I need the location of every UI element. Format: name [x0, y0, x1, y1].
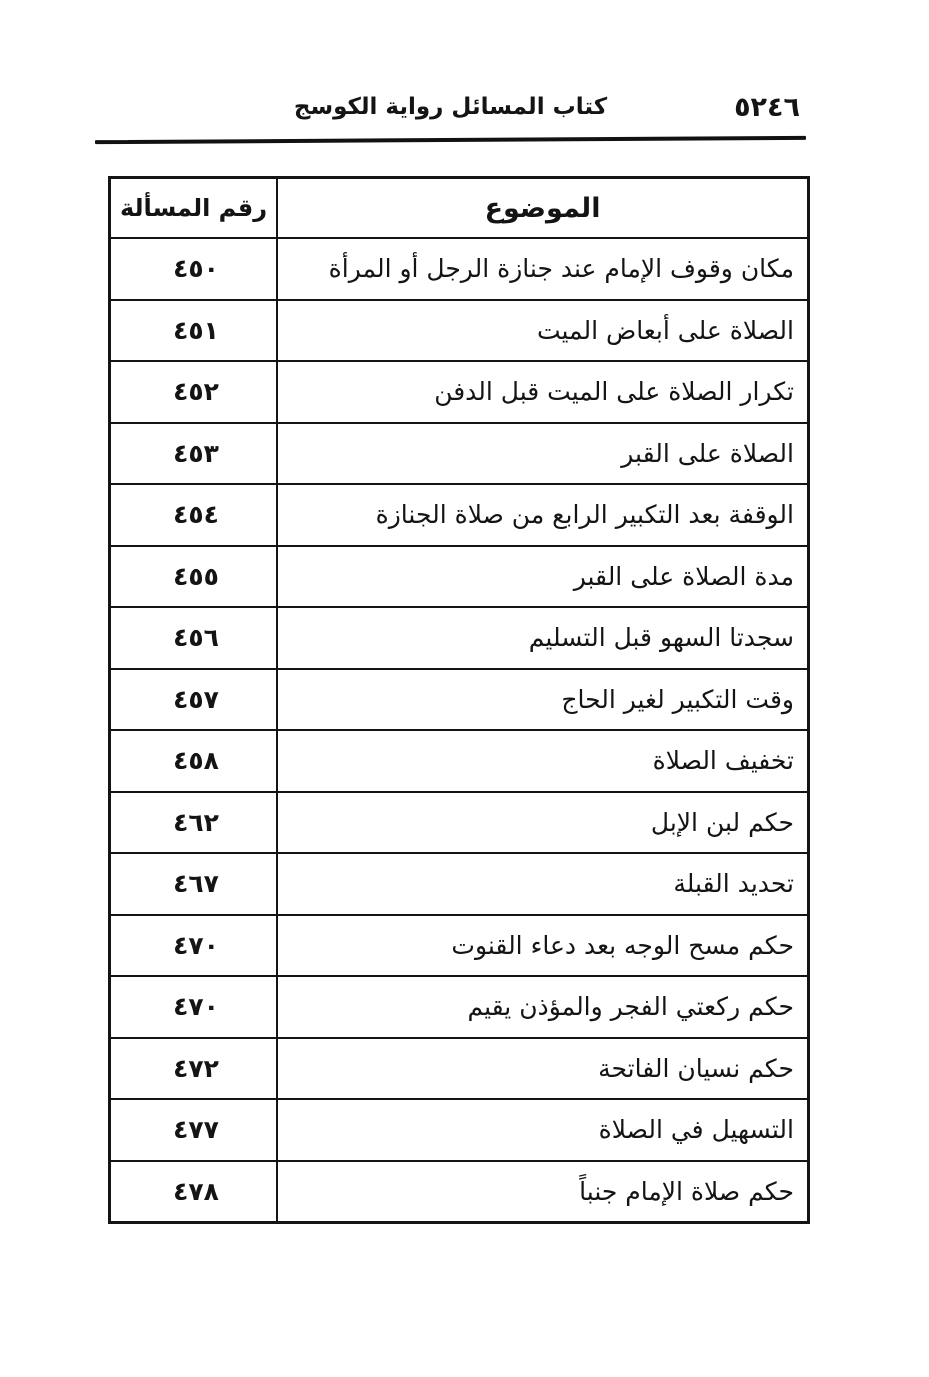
issue-number-cell: ٤٧٠	[111, 977, 278, 1037]
subject-cell: مدة الصلاة على القبر	[278, 547, 807, 607]
table-row: ٤٥٣ الصلاة على القبر	[111, 422, 807, 484]
issue-number-cell: ٤٧٢	[111, 1039, 278, 1099]
issue-number: ٤٧٨	[173, 1177, 219, 1206]
issue-number-cell: ٤٧٨	[111, 1162, 278, 1222]
issue-number: ٤٥٥	[173, 562, 219, 591]
subject-cell: حكم ركعتي الفجر والمؤذن يقيم	[278, 977, 807, 1037]
table-row: ٤٥٨ تخفيف الصلاة	[111, 729, 807, 791]
subject-cell: تخفيف الصلاة	[278, 731, 807, 791]
table-row: ٤٧٠ حكم ركعتي الفجر والمؤذن يقيم	[111, 975, 807, 1037]
table-row: ٤٧٢ حكم نسيان الفاتحة	[111, 1037, 807, 1099]
issue-number-cell: ٤٥٨	[111, 731, 278, 791]
subject-text: مدة الصلاة على القبر	[574, 562, 794, 591]
issue-number: ٤٥٣	[173, 439, 219, 468]
table-row: ٤٥٠ مكان وقوف الإمام عند جنازة الرجل أو …	[111, 237, 807, 299]
subject-cell: مكان وقوف الإمام عند جنازة الرجل أو المر…	[278, 239, 807, 299]
subject-text: سجدتا السهو قبل التسليم	[529, 623, 794, 652]
subject-cell: حكم صلاة الإمام جنباً	[278, 1162, 807, 1222]
table-row: ٤٦٧ تحديد القبلة	[111, 852, 807, 914]
issue-number: ٤٧٠	[173, 992, 219, 1021]
table-row: ٤٥٢ تكرار الصلاة على الميت قبل الدفن	[111, 360, 807, 422]
document-page: ٥٢٤٦ كتاب المسائل رواية الكوسج رقم المسأ…	[0, 0, 929, 1377]
table-row: ٤٥٦ سجدتا السهو قبل التسليم	[111, 606, 807, 668]
issue-number-cell: ٤٥٣	[111, 424, 278, 484]
subject-text: حكم مسح الوجه بعد دعاء القنوت	[451, 931, 794, 960]
subject-text: حكم نسيان الفاتحة	[598, 1054, 794, 1083]
subject-text: الصلاة على القبر	[621, 439, 794, 468]
table-row: ٤٥٧ وقت التكبير لغير الحاج	[111, 668, 807, 730]
table-row: ٤٦٢ حكم لبن الإبل	[111, 791, 807, 853]
issue-number: ٤٦٢	[173, 808, 219, 837]
number-column-header: رقم المسألة	[111, 179, 278, 237]
book-title: كتاب المسائل رواية الكوسج	[294, 94, 607, 120]
subject-cell: وقت التكبير لغير الحاج	[278, 670, 807, 730]
subject-cell: الصلاة على القبر	[278, 424, 807, 484]
subject-cell: حكم لبن الإبل	[278, 793, 807, 853]
issue-number-cell: ٤٥٧	[111, 670, 278, 730]
table-row: ٤٥٥ مدة الصلاة على القبر	[111, 545, 807, 607]
table-row: ٤٥١ الصلاة على أبعاض الميت	[111, 299, 807, 361]
subject-cell: التسهيل في الصلاة	[278, 1100, 807, 1160]
issue-number: ٤٦٧	[173, 869, 219, 898]
issue-number: ٤٥٠	[173, 254, 219, 283]
subject-text: الوقفة بعد التكبير الرابع من صلاة الجناز…	[376, 500, 794, 529]
subject-text: حكم ركعتي الفجر والمؤذن يقيم	[467, 992, 794, 1021]
issue-number-cell: ٤٥٥	[111, 547, 278, 607]
subject-cell: حكم نسيان الفاتحة	[278, 1039, 807, 1099]
table-row: ٤٧٧ التسهيل في الصلاة	[111, 1098, 807, 1160]
issue-number: ٤٧٢	[173, 1054, 219, 1083]
issue-number-cell: ٤٥٠	[111, 239, 278, 299]
issue-number: ٤٥٨	[173, 746, 219, 775]
subject-text: وقت التكبير لغير الحاج	[561, 685, 794, 714]
issue-number: ٤٥٦	[173, 623, 219, 652]
issue-number: ٤٧٠	[173, 931, 219, 960]
subject-text: تحديد القبلة	[673, 869, 794, 898]
subject-cell: الصلاة على أبعاض الميت	[278, 301, 807, 361]
issue-number: ٤٥٤	[173, 500, 219, 529]
subject-text: تخفيف الصلاة	[653, 746, 794, 775]
table-row: ٤٥٤ الوقفة بعد التكبير الرابع من صلاة ال…	[111, 483, 807, 545]
issue-number-cell: ٤٥٦	[111, 608, 278, 668]
issue-number-cell: ٤٦٧	[111, 854, 278, 914]
subject-cell: تحديد القبلة	[278, 854, 807, 914]
table-row: ٤٧٨ حكم صلاة الإمام جنباً	[111, 1160, 807, 1222]
subject-text: تكرار الصلاة على الميت قبل الدفن	[434, 377, 794, 406]
issue-number-cell: ٤٥٤	[111, 485, 278, 545]
subject-text: حكم لبن الإبل	[651, 808, 794, 837]
issue-number-cell: ٤٧٠	[111, 916, 278, 976]
table-body: ٤٥٠ مكان وقوف الإمام عند جنازة الرجل أو …	[111, 237, 807, 1221]
subject-text: التسهيل في الصلاة	[599, 1115, 794, 1144]
running-head: ٥٢٤٦ كتاب المسائل رواية الكوسج	[95, 92, 806, 130]
contents-table: رقم المسألة الموضوع ٤٥٠ مكان وقوف الإمام…	[108, 176, 810, 1224]
subject-cell: حكم مسح الوجه بعد دعاء القنوت	[278, 916, 807, 976]
subject-cell: الوقفة بعد التكبير الرابع من صلاة الجناز…	[278, 485, 807, 545]
issue-number-cell: ٤٥١	[111, 301, 278, 361]
table-row: ٤٧٠ حكم مسح الوجه بعد دعاء القنوت	[111, 914, 807, 976]
issue-number-cell: ٤٧٧	[111, 1100, 278, 1160]
issue-number-cell: ٤٥٢	[111, 362, 278, 422]
subject-column-header: الموضوع	[278, 179, 807, 237]
issue-number: ٤٥١	[173, 316, 219, 345]
page-number: ٥٢٤٦	[734, 92, 800, 123]
subject-text: الصلاة على أبعاض الميت	[537, 316, 794, 345]
issue-number: ٤٥٢	[173, 377, 219, 406]
issue-number-cell: ٤٦٢	[111, 793, 278, 853]
subject-cell: تكرار الصلاة على الميت قبل الدفن	[278, 362, 807, 422]
subject-text: مكان وقوف الإمام عند جنازة الرجل أو المر…	[329, 254, 794, 283]
issue-number: ٤٥٧	[173, 685, 219, 714]
issue-number: ٤٧٧	[173, 1115, 219, 1144]
table-header-row: رقم المسألة الموضوع	[111, 179, 807, 237]
header-rule	[95, 136, 806, 144]
subject-cell: سجدتا السهو قبل التسليم	[278, 608, 807, 668]
subject-text: حكم صلاة الإمام جنباً	[579, 1177, 794, 1206]
